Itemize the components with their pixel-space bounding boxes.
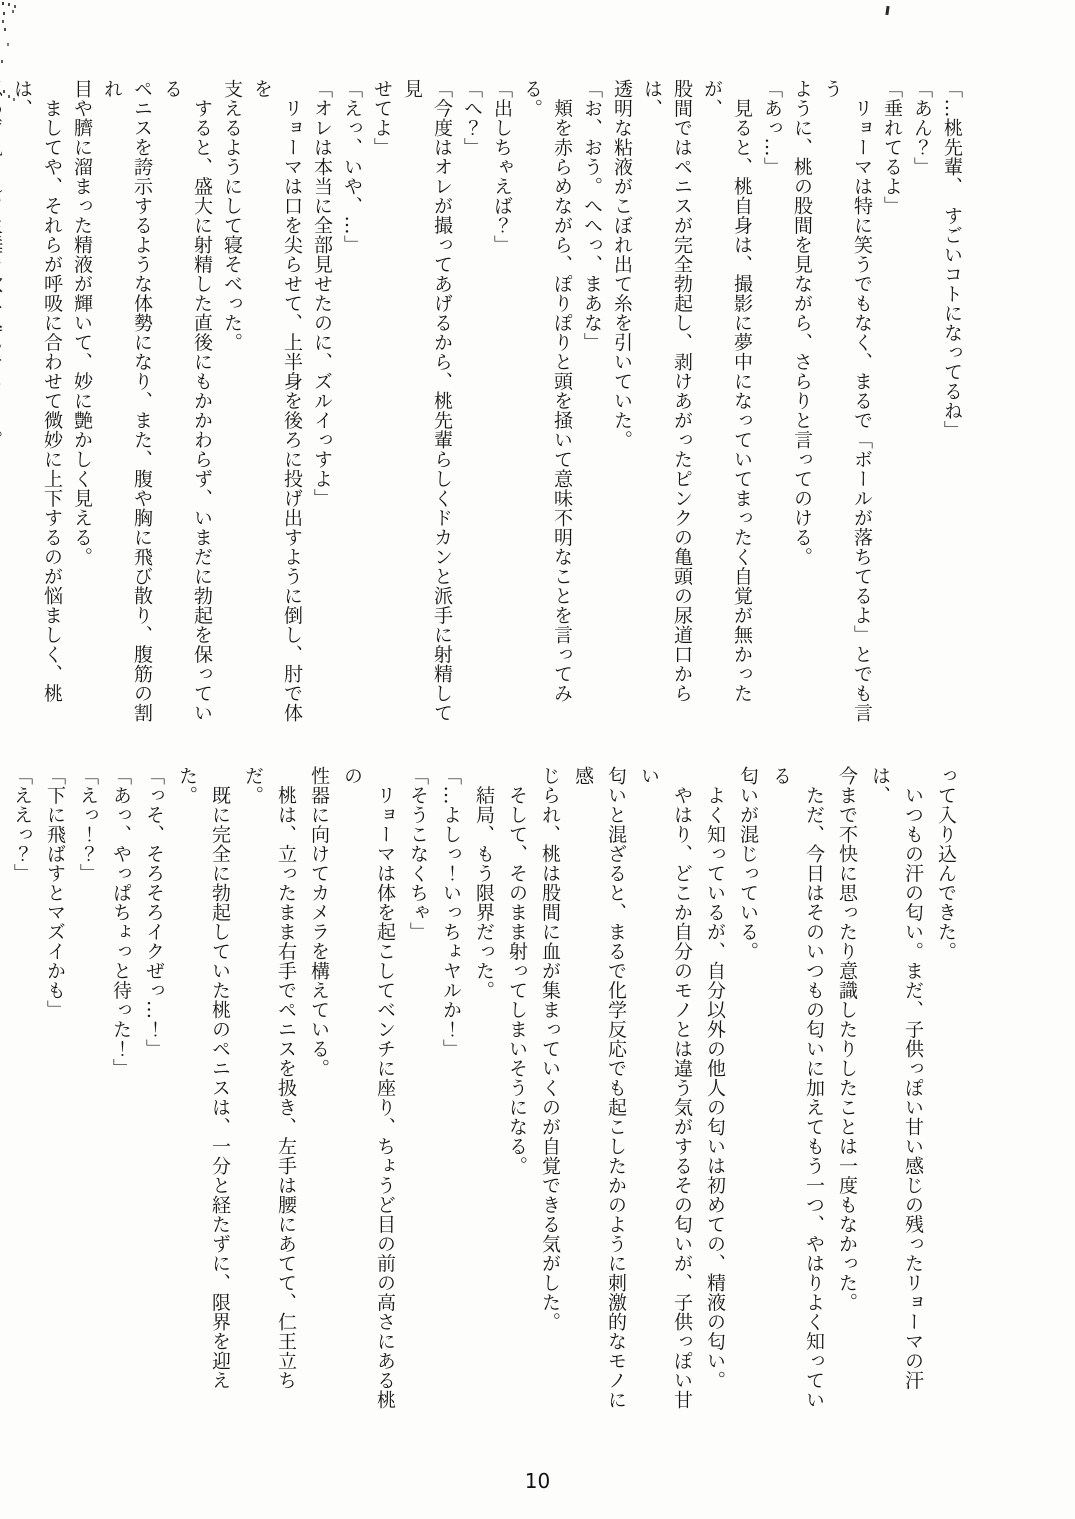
text-line: 「あん？」 bbox=[907, 79, 937, 731]
text-line: 桃は、立ったまま右手でペニスを扱き、左手は腰にあてて、仁王立ちだ。 bbox=[236, 766, 302, 1418]
text-line: リョーマは体を起こしてベンチに座り、ちょうど目の前の高さにある桃の bbox=[335, 766, 401, 1418]
text-line: 「お、おう。へへっ、まあな」 bbox=[577, 79, 607, 731]
text-line: いつもの汗の匂い。まだ、子供っぽい甘い感じの残ったリョーマの汗は、 bbox=[863, 766, 929, 1418]
text-line: 頬を赤らめながら、ぽりぽりと頭を掻いて意味不明なことを言ってみる。 bbox=[517, 79, 577, 731]
text-line: 「垂れてるよ」 bbox=[877, 79, 907, 731]
text-line: 「っそ、そろそろイクぜっ…！」 bbox=[137, 766, 170, 1418]
text-line: 目や臍に溜まった精液が輝いて、妙に艶かしく見える。 bbox=[67, 79, 97, 731]
text-line: リョーマは特に笑うでもなく、まるで「ボールが落ちてるよ」とでも言う bbox=[817, 79, 877, 731]
text-line: 支えるようにして寝そべった。 bbox=[217, 79, 247, 731]
text-line: 「えっ、いや、…」 bbox=[337, 79, 367, 731]
text-line: って入り込んできた。 bbox=[929, 766, 962, 1418]
text-line: 匂いと混ざると、まるで化学反応でも起こしたかのように刺激的なモノに感 bbox=[566, 766, 632, 1418]
text-line: すると、盛大に射精した直後にもかかわらず、いまだに勃起を保っている bbox=[157, 79, 217, 731]
text-line: リョーマは口を尖らせて、上半身を後ろに投げ出すように倒し、肘で体を bbox=[247, 79, 307, 731]
text-line: 股間ではペニスが完全勃起し、剥けあがったピンクの亀頭の尿道口からは、 bbox=[637, 79, 697, 731]
text-line: 「あのくそ坊主、妙にスルドイからね。この間、ファンタこぼしたら、後に bbox=[0, 766, 5, 1418]
text-line: 「オレは本当に全部見せたのに、ズルイっすよ」 bbox=[307, 79, 337, 731]
text-line: 性器に向けてカメラを構えている。 bbox=[302, 766, 335, 1418]
text-line: 匂いが混じっている。 bbox=[731, 766, 764, 1418]
text-line: 「あっ、やっぱちょっと待った！」 bbox=[104, 766, 137, 1418]
text-line: 今まで不快に思ったり意識したりしたことは一度もなかった。 bbox=[830, 766, 863, 1418]
text-line: 透明な粘液がこぼれ出て糸を引いていた。 bbox=[607, 79, 637, 731]
text-line: ただ、今日はそのいつもの匂いに加えてもう一つ、やはりよく知っている bbox=[764, 766, 830, 1418]
text-line: 「…よしっ！いっちょヤルか！」 bbox=[434, 766, 467, 1418]
text-line: 「ええっ？」 bbox=[5, 766, 38, 1418]
text-line: ましてや、それらが呼吸に合わせて微妙に上下するのが悩ましく、桃は、 bbox=[7, 79, 67, 731]
text-line: 思わず見とれて生唾を飲み込んでしまう。 bbox=[0, 79, 7, 731]
text-line: 「えっ！？」 bbox=[71, 766, 104, 1418]
text-line: 「今度はオレが撮ってあげるから、桃先輩らしくドカンと派手に射精して見 bbox=[397, 79, 457, 731]
text-line: じられ、桃は股間に血が集まっていくのが自覚できる気がした。 bbox=[533, 766, 566, 1418]
document-page: 「…桃先輩、 すごいコトになってるね」「あん？」「垂れてるよ」 リョーマは特に笑… bbox=[0, 0, 1075, 1519]
text-block-bottom: って入り込んできた。 いつもの汗の匂い。まだ、子供っぽい甘い感じの残ったリョーマ… bbox=[0, 766, 962, 1418]
text-line: せてよ」 bbox=[367, 79, 397, 731]
text-line: 「あっ…」 bbox=[757, 79, 787, 731]
text-line: ペニスを誇示するような体勢になり、また、腹や胸に飛び散り、腹筋の割れ bbox=[97, 79, 157, 731]
scan-speck-top-right bbox=[885, 6, 889, 15]
text-line: やはり、どこか自分のモノとは違う気がするその匂いが、子供っぽい甘い bbox=[632, 766, 698, 1418]
text-line: そして、そのまま射ってしまいそうになる。 bbox=[500, 766, 533, 1418]
text-line: よく知っているが、自分以外の他人の匂いは初めての、精液の匂い。 bbox=[698, 766, 731, 1418]
text-block-top: 「…桃先輩、 すごいコトになってるね」「あん？」「垂れてるよ」 リョーマは特に笑… bbox=[0, 79, 967, 731]
text-line: 「下に飛ばすとマズイかも」 bbox=[38, 766, 71, 1418]
text-line: 見ると、桃自身は、撮影に夢中になっていてまったく自覚が無かったが、 bbox=[697, 79, 757, 731]
text-line: ように、桃の股間を見ながら、さらりと言ってのける。 bbox=[787, 79, 817, 731]
text-line: 既に完全に勃起していた桃のペニスは、一分と経たずに、限界を迎えた。 bbox=[170, 766, 236, 1418]
text-line: 「そうこなくちゃ」 bbox=[401, 766, 434, 1418]
text-line: 「…桃先輩、 すごいコトになってるね」 bbox=[937, 79, 967, 731]
text-line: 「出しちゃえば？」 bbox=[487, 79, 517, 731]
scan-noise-top-left bbox=[2, 2, 4, 5]
text-line: 結局、もう限界だった。 bbox=[467, 766, 500, 1418]
page-number: 10 bbox=[0, 1469, 1075, 1493]
text-line: 「へ？」 bbox=[457, 79, 487, 731]
